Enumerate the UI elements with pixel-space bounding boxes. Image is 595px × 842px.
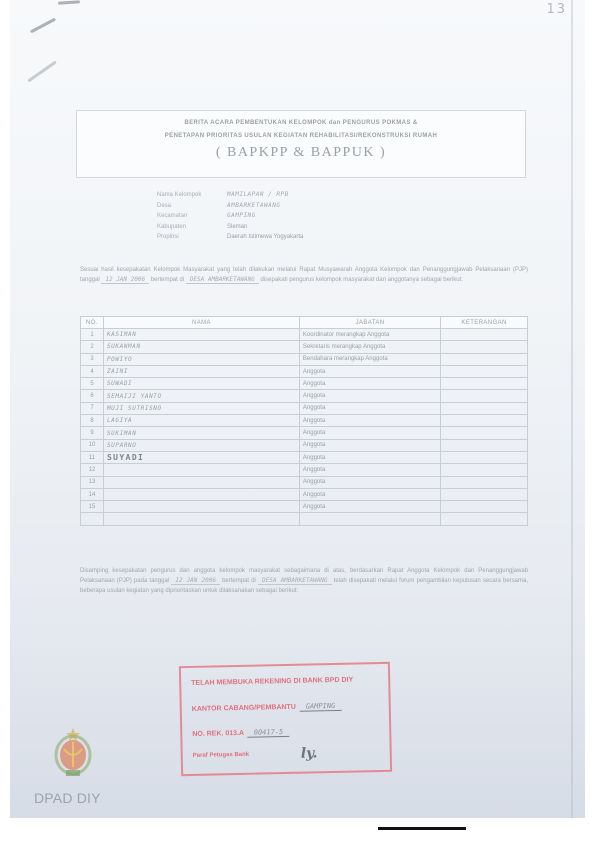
cell-no: 10 <box>81 439 104 451</box>
cell-name: POWIYO <box>103 353 299 365</box>
cell-no: 3 <box>81 353 104 365</box>
identity-value: GAMPING <box>227 211 256 222</box>
stamp-account-value: 00417-5 <box>248 728 290 738</box>
table-row: 1KASIMANKoordinator merangkap Anggota <box>81 329 528 341</box>
cell-name: SUYADI <box>103 451 299 463</box>
bank-stamp: TELAH MEMBUKA REKENING DI BANK BPD DIY K… <box>179 662 392 776</box>
dpad-diy-emblem-icon <box>50 727 96 779</box>
handwritten-place: DESA AMBARKETAWANG <box>258 577 331 585</box>
table-row: 9SUKIMANAnggota <box>81 427 528 439</box>
pen-mark <box>30 18 56 34</box>
stamp-line-3: NO. REK. 013.A 00417-5 <box>192 728 289 739</box>
identity-row: DesaAMBARKETAWANG <box>157 201 303 212</box>
watermark-text: DPAD DIY <box>34 790 101 806</box>
header-role: JABATAN <box>299 317 440 329</box>
stray-mark <box>378 827 466 830</box>
cell-no: 7 <box>81 402 104 414</box>
cell-note <box>441 402 528 414</box>
table-row: 6SEMAIJI YANTOAnggota <box>81 390 528 402</box>
table-row: 15Anggota <box>81 501 528 513</box>
table-row <box>81 513 528 525</box>
header-note: KETERANGAN <box>441 317 528 329</box>
cell-name: MUJI SUTRISNO <box>103 402 299 414</box>
title-line-3: ( BAPKPP & BAPPUK ) <box>77 145 525 161</box>
cell-name: SUKIMAN <box>103 427 299 439</box>
cell-role: Sekretaris merangkap Anggota <box>299 341 440 353</box>
cell-note <box>441 439 528 451</box>
cell-note <box>441 501 528 513</box>
cell-role: Anggota <box>299 501 440 513</box>
paragraph-agreement: Sesuai hasil kesepakatan Kelompok Masyar… <box>80 265 528 285</box>
cell-note <box>441 329 528 341</box>
page-number: 13 <box>546 2 567 17</box>
paragraph-text: bertempat di <box>151 277 184 283</box>
cell-no: 5 <box>81 378 104 390</box>
cell-name: ZAINI <box>103 365 299 377</box>
cell-note <box>441 476 528 488</box>
cell-role: Anggota <box>299 378 440 390</box>
cell-no <box>81 513 104 525</box>
document-title-box: BERITA ACARA PEMBENTUKAN KELOMPOK dan PE… <box>76 110 526 178</box>
cell-role: Anggota <box>299 476 440 488</box>
table-row: 3POWIYOBendahara merangkap Anggota <box>81 353 528 365</box>
identity-label: Desa <box>157 201 227 212</box>
cell-role: Koordinator merangkap Anggota <box>299 329 440 341</box>
paragraph-text: bertempat di <box>222 578 256 584</box>
cell-no: 11 <box>81 451 104 463</box>
identity-value: Sleman <box>227 222 247 233</box>
cell-note <box>441 365 528 377</box>
cell-role: Anggota <box>299 402 440 414</box>
cell-no: 8 <box>81 415 104 427</box>
cell-role: Anggota <box>299 390 440 402</box>
header-name: NAMA <box>103 317 299 329</box>
cell-role: Anggota <box>299 451 440 463</box>
cell-name <box>103 501 299 513</box>
title-line-2: PENETAPAN PRIORITAS USULAN KEGIATAN REHA… <box>77 133 525 139</box>
table-header-row: NO. NAMA JABATAN KETERANGAN <box>81 317 528 329</box>
table-row: 14Anggota <box>81 488 528 500</box>
table-row: 4ZAINIAnggota <box>81 365 528 377</box>
header-no: NO. <box>81 317 104 329</box>
identity-row: PropinsiDaerah Istimewa Yogyakarta <box>157 232 303 243</box>
identity-label: Kecamatan <box>157 211 227 222</box>
cell-name: KASIMAN <box>103 329 299 341</box>
cell-name: SUPARNO <box>103 439 299 451</box>
identity-value: Daerah Istimewa Yogyakarta <box>227 232 303 243</box>
table-row: 13Anggota <box>81 476 528 488</box>
identity-row: KabupatenSleman <box>157 222 303 233</box>
handwritten-date: 12 JAN 2006 <box>171 577 220 585</box>
paragraph-text: disepakati pengurus kelompok masyarakat … <box>261 277 463 283</box>
cell-name: SEMAIJI YANTO <box>103 390 299 402</box>
stamp-line-2: KANTOR CABANG/PEMBANTU GAMPING <box>192 702 342 714</box>
stamp-line-1: TELAH MEMBUKA REKENING DI BANK BPD DIY <box>191 677 353 687</box>
cell-no: 1 <box>81 329 104 341</box>
cell-role: Anggota <box>299 464 440 476</box>
cell-name: LAGIYA <box>103 415 299 427</box>
cell-role <box>299 513 440 525</box>
table-row: 8LAGIYAAnggota <box>81 415 528 427</box>
stamp-line-4: Paraf Petugas Bank <box>193 752 249 759</box>
cell-role: Anggota <box>299 415 440 427</box>
identity-row: Nama KelompokMAMILAPAN / RPB <box>157 190 303 201</box>
identity-label: Kabupaten <box>157 222 227 233</box>
cell-name: SUKANMAN <box>103 341 299 353</box>
paragraph-priority: Disamping kesepakatan pengurus dan anggo… <box>80 566 528 596</box>
identity-label: Nama Kelompok <box>157 190 227 201</box>
stamp-branch-value: GAMPING <box>300 702 342 712</box>
members-table: NO. NAMA JABATAN KETERANGAN 1KASIMANKoor… <box>80 316 528 526</box>
pen-mark <box>27 61 57 83</box>
cell-note <box>441 464 528 476</box>
cell-no: 12 <box>81 464 104 476</box>
cell-note <box>441 513 528 525</box>
cell-name: SUWADI <box>103 378 299 390</box>
cell-no: 6 <box>81 390 104 402</box>
bank-officer-signature: ly. <box>301 745 318 761</box>
stamp-label: NO. REK. 013.A <box>192 730 244 738</box>
identity-value: AMBARKETAWANG <box>227 201 280 212</box>
cell-no: 15 <box>81 501 104 513</box>
table-row: 11SUYADIAnggota <box>81 451 528 463</box>
cell-no: 4 <box>81 365 104 377</box>
pen-mark <box>58 0 80 5</box>
cell-note <box>441 415 528 427</box>
cell-note <box>441 488 528 500</box>
cell-name <box>103 488 299 500</box>
table-row: 12Anggota <box>81 464 528 476</box>
cell-note <box>441 451 528 463</box>
identity-row: KecamatanGAMPING <box>157 211 303 222</box>
group-identity: Nama KelompokMAMILAPAN / RPBDesaAMBARKET… <box>157 190 303 243</box>
identity-value: MAMILAPAN / RPB <box>227 190 289 201</box>
cell-no: 2 <box>81 341 104 353</box>
cell-name <box>103 464 299 476</box>
table-row: 5SUWADIAnggota <box>81 378 528 390</box>
cell-role: Anggota <box>299 488 440 500</box>
handwritten-place: DESA AMBARKETAWANG <box>186 276 259 284</box>
cell-role: Anggota <box>299 439 440 451</box>
cell-role: Bendahara merangkap Anggota <box>299 353 440 365</box>
cell-note <box>441 390 528 402</box>
cell-note <box>441 378 528 390</box>
title-line-1: BERITA ACARA PEMBENTUKAN KELOMPOK dan PE… <box>77 120 525 126</box>
table-row: 7MUJI SUTRISNOAnggota <box>81 402 528 414</box>
stamp-label: KANTOR CABANG/PEMBANTU <box>192 704 296 713</box>
cell-no: 13 <box>81 476 104 488</box>
cell-name <box>103 476 299 488</box>
cell-no: 14 <box>81 488 104 500</box>
table-row: 2SUKANMANSekretaris merangkap Anggota <box>81 341 528 353</box>
cell-role: Anggota <box>299 427 440 439</box>
handwritten-date: 12 JAN 2006 <box>101 276 149 284</box>
cell-note <box>441 353 528 365</box>
cell-name <box>103 513 299 525</box>
cell-note <box>441 341 528 353</box>
identity-label: Propinsi <box>157 232 227 243</box>
cell-role: Anggota <box>299 365 440 377</box>
cell-no: 9 <box>81 427 104 439</box>
cell-note <box>441 427 528 439</box>
table-row: 10SUPARNOAnggota <box>81 439 528 451</box>
